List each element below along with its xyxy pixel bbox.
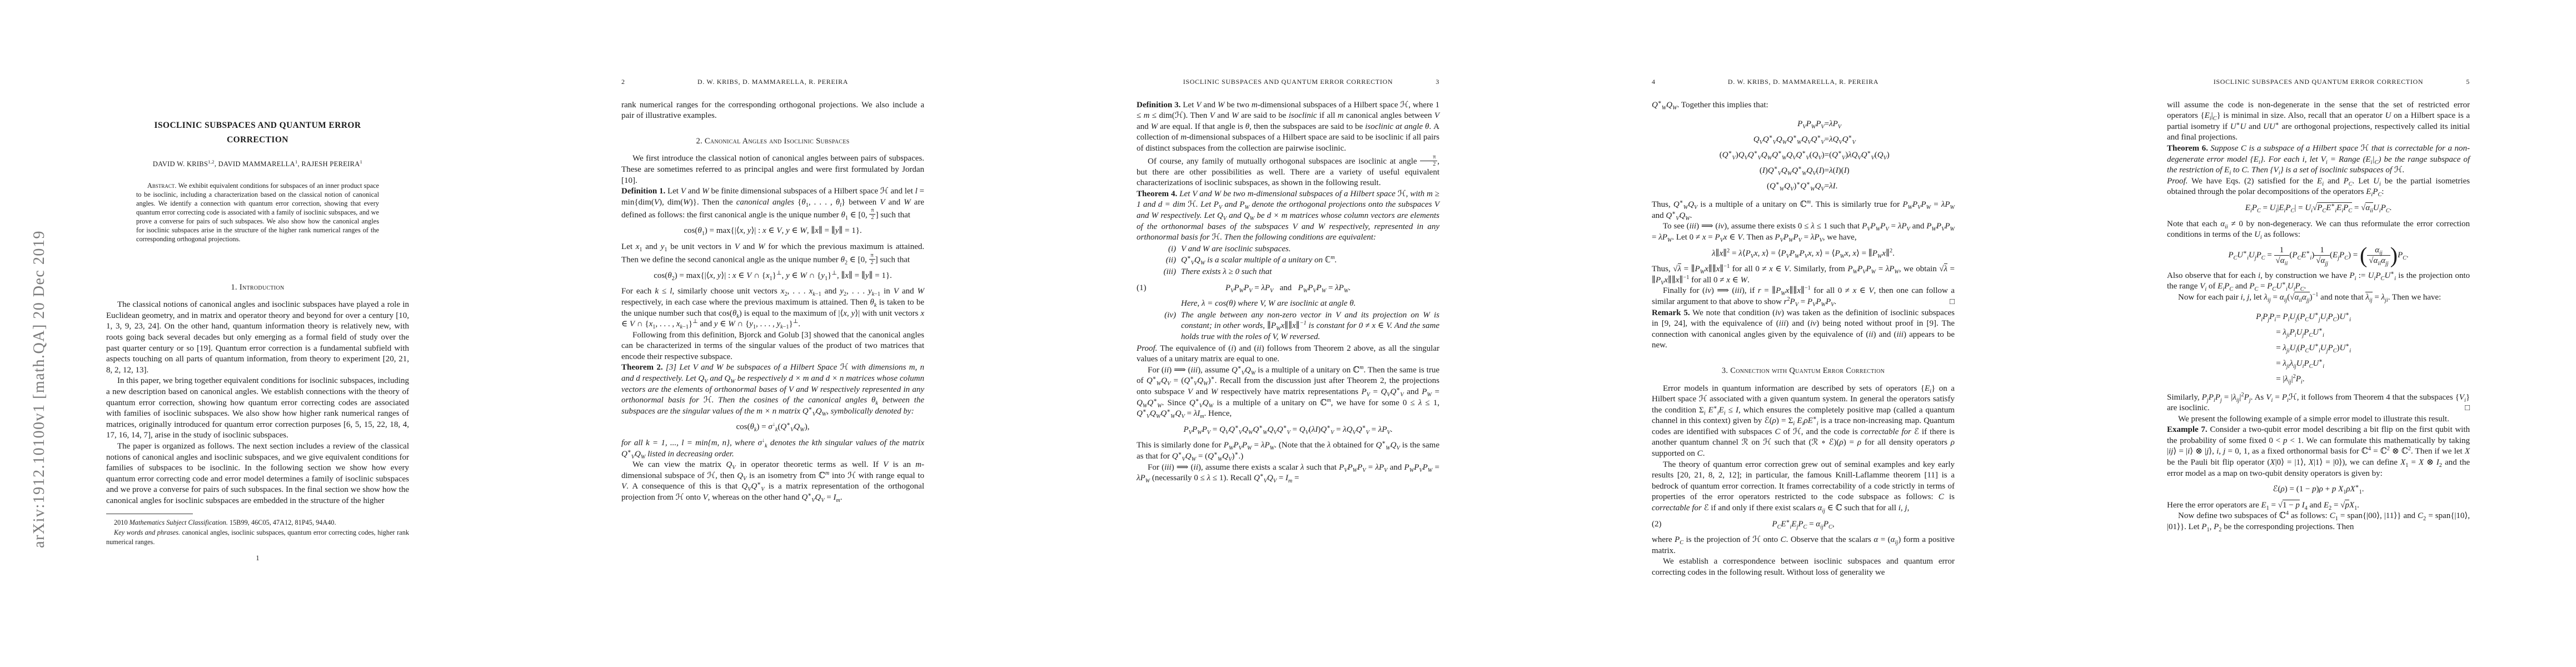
equation-lhs xyxy=(2167,340,2276,356)
theorem: Example 7. Consider a two-qubit error mo… xyxy=(2167,425,2470,479)
theorem: Definition 3. Let V and W be two m-dimen… xyxy=(1137,100,1439,155)
page-1-column: ISOCLINIC SUBSPACES AND QUANTUM ERRORCOR… xyxy=(106,118,409,564)
display-formula: cos(θ2) = max{|⟨x, y⟩| : x ∈ V ∩ {x1}⊥, … xyxy=(621,271,924,282)
footnote-rule xyxy=(106,514,193,514)
equation-rhs: =λ(I)(I) xyxy=(1825,163,1955,178)
paragraph: To see (iii) ⟹ (iv), assume there exists… xyxy=(1652,221,1955,243)
theorem-body: We note that condition (iv) was taken as… xyxy=(1652,308,1955,350)
aligned-equations: PiPjPi = PiUj(PCU∗jUiPC)U∗i= λjiPiUjPCU∗… xyxy=(2167,309,2470,387)
formula-content: λ∥x∥2 = λ⟨PVx, x⟩ = ⟨PVPWPVx, x⟩ = ⟨PWx,… xyxy=(1712,249,1895,258)
equation-lhs xyxy=(2167,371,2276,387)
running-header-title: ISOCLINIC SUBSPACES AND QUANTUM ERROR CO… xyxy=(2214,78,2424,86)
running-header: 2D. W. KRIBS, D. MAMMARELLA, R. PEREIRA xyxy=(621,77,924,88)
list-item-text: The angle between any non-zero vector in… xyxy=(1181,310,1439,343)
condition-list: (i)V and W are isoclinic subspaces.(ii)Q… xyxy=(1137,244,1439,278)
equation-row: PiPjPi = PiUj(PCU∗jUiPC)U∗i xyxy=(2167,309,2470,325)
equation-lhs: (Q∗V)QVQ∗VQWQ∗WQVQ∗V(QV) xyxy=(1652,147,1825,163)
proof: Proof. We have Eqs. (2) satisfied for th… xyxy=(2167,176,2470,198)
theorem-label: Theorem 2. xyxy=(621,363,663,372)
paragraph: rank numerical ranges for the correspond… xyxy=(621,100,924,122)
list-item: (ii)Q∗VQW is a scalar multiple of a unit… xyxy=(1137,255,1439,266)
page-5-column: 5ISOCLINIC SUBSPACES AND QUANTUM ERROR C… xyxy=(2167,77,2470,533)
display-formula: (2)PCE∗iEjPC = αijPC, xyxy=(1652,519,1955,530)
page-number-footer: 1 xyxy=(106,553,409,564)
paragraph: Also observe that for each i, by constru… xyxy=(2167,271,2470,292)
abstract: Abstract. We exhibit equivalent conditio… xyxy=(136,181,379,243)
running-header-page-number: 5 xyxy=(2466,77,2470,88)
equation-rhs: =(Q∗V)λQVQ∗V(QV) xyxy=(1825,147,1955,163)
paragraph: The paper is organized as follows. The n… xyxy=(106,441,409,507)
equation-number: (1) xyxy=(1137,283,1147,294)
paragraph: Similarly, PjPiPj = |λij|2Pj. As Vi = Pi… xyxy=(2167,392,2470,414)
theorem: Theorem 2. [3] Let V and W be subspaces … xyxy=(621,362,924,417)
equation-row: QVQ∗VQWQ∗WQVQ∗V =λQVQ∗V xyxy=(1652,132,1955,147)
equation-rhs: =λI. xyxy=(1825,178,1955,194)
display-formula: PVPWPV = QVQ∗VQWQ∗WQVQ∗V = QV(λI)Q∗V = λ… xyxy=(1137,425,1439,436)
theorem-label: Definition 1. xyxy=(621,187,665,196)
paper-title-line: CORRECTION xyxy=(106,133,409,147)
page-2: 2D. W. KRIBS, D. MAMMARELLA, R. PEREIRAr… xyxy=(515,0,1030,667)
paragraph: We present the following example of a si… xyxy=(2167,414,2470,425)
section-heading: 1. Introduction xyxy=(106,282,409,293)
list-item-text: Here, λ = cos(θ) where V, W are isoclini… xyxy=(1181,298,1439,310)
paragraph: Let x1 and y1 be unit vectors in V and W… xyxy=(621,242,924,266)
equation-rhs: =λPV xyxy=(1825,116,1955,132)
display-formula: cos(θk) = σ↓k(Q∗VQW), xyxy=(621,422,924,433)
equation-lhs xyxy=(2167,356,2276,371)
equation-row: = λjiPiUjPCU∗i xyxy=(2167,325,2470,340)
equation-rhs: = |λij|2Pi. xyxy=(2276,371,2470,387)
equation-rhs: = λjiλijUiPCU∗i xyxy=(2276,356,2470,371)
running-header-page-number: 2 xyxy=(621,77,625,88)
paragraph: Now define two subspaces of ℂ4 as follow… xyxy=(2167,511,2470,532)
footnote-line: 2010 Mathematics Subject Classification.… xyxy=(106,518,409,527)
paper-title: ISOCLINIC SUBSPACES AND QUANTUM ERRORCOR… xyxy=(106,118,409,147)
equation-lhs: (Q∗WQV)∗Q∗WQV xyxy=(1652,178,1825,194)
formula-content: ℰ(ρ) = (1 − p)ρ + p X1ρX∗1. xyxy=(2273,485,2364,494)
theorem-body: [3] Let V and W be subspaces of a Hilber… xyxy=(621,363,924,415)
proof-body: The equivalence of (i) and (ii) follows … xyxy=(1137,344,1439,364)
paragraph: In this paper, we bring together equival… xyxy=(106,376,409,441)
proof-body: We have Eqs. (2) satisfied for the Ei an… xyxy=(2167,177,2470,197)
page-3: 3ISOCLINIC SUBSPACES AND QUANTUM ERROR C… xyxy=(1030,0,1546,667)
authors-line: DAVID W. KRIBS1,2, DAVID MAMMARELLA1, RA… xyxy=(106,159,409,170)
running-header: 5ISOCLINIC SUBSPACES AND QUANTUM ERROR C… xyxy=(2167,77,2470,88)
paragraph: will assume the code is non-degenerate i… xyxy=(2167,100,2470,143)
page-4-column: 4D. W. KRIBS, D. MAMMARELLA, R. PEREIRAQ… xyxy=(1652,77,1955,579)
proof-label: Proof. xyxy=(2167,177,2188,186)
list-item-marker: (ii) xyxy=(1137,255,1181,266)
list-item-marker: (iii) xyxy=(1137,267,1181,278)
paragraph: Thus, Q∗WQV is a multiple of a unitary o… xyxy=(1652,200,1955,221)
equation-rhs: = λjiUi(PCU∗iUjPC)U∗i xyxy=(2276,340,2470,356)
paragraph: Note that each αii ≠ 0 by non-degeneracy… xyxy=(2167,219,2470,241)
theorem-label: Example 7. xyxy=(2167,425,2208,434)
list-item-text: V and W are isoclinic subspaces. xyxy=(1181,244,1439,255)
paragraph: The classical notions of canonical angle… xyxy=(106,300,409,376)
theorem-body: Let V and W be two m-dimensional subspac… xyxy=(1137,101,1439,153)
display-formula: λ∥x∥2 = λ⟨PVx, x⟩ = ⟨PVPWPVx, x⟩ = ⟨PWx,… xyxy=(1652,248,1955,260)
formula-content: EiPC = Ui|EiPC| = Ui√PCE∗iEiPC = √αiiUiP… xyxy=(2245,202,2392,212)
list-item-marker: (iv) xyxy=(1137,310,1181,343)
list-item: (iii)There exists λ ≥ 0 such that xyxy=(1137,267,1439,278)
formula-content: cos(θk) = σ↓k(Q∗VQW), xyxy=(736,422,809,431)
paragraph: Finally for (iv) ⟹ (iii), if r = ∥PWx∥∥x… xyxy=(1652,286,1955,307)
running-header-page-number: 3 xyxy=(1436,77,1439,88)
abstract-label: Abstract. xyxy=(147,182,176,190)
list-item-text: There exists λ ≥ 0 such that xyxy=(1181,267,1439,278)
equation-lhs xyxy=(2167,325,2276,340)
equation-row: = |λij|2Pi. xyxy=(2167,371,2470,387)
theorem: Theorem 6. Suppose C is a subspace of a … xyxy=(2167,143,2470,176)
theorem-body: Let V and W be finite dimensional subspa… xyxy=(621,187,924,220)
paragraph: for all k = 1, ..., l = min{m, n}, where… xyxy=(621,438,924,460)
paragraph: Thus, √λ = ∥PWx∥∥x∥−1 for all 0 ≠ x ∈ V.… xyxy=(1652,264,1955,286)
paragraph: Here the error operators are E1 = √1 − p… xyxy=(2167,500,2470,511)
theorem-body: Consider a two-qubit error model describ… xyxy=(2167,425,2470,477)
paragraph: where PC is the projection of ℋ onto C. … xyxy=(1652,535,1955,556)
paragraph: For each k ≤ l, similarly choose unit ve… xyxy=(621,286,924,330)
footnotes: 2010 Mathematics Subject Classification.… xyxy=(106,514,409,547)
equation-lhs: PiPjPi xyxy=(2167,309,2276,325)
abstract-text: We exhibit equivalent conditions for sub… xyxy=(136,182,379,243)
theorem-label: Theorem 6. xyxy=(2167,144,2208,153)
theorem-label: Theorem 4. xyxy=(1137,190,1177,198)
page-2-column: 2D. W. KRIBS, D. MAMMARELLA, R. PEREIRAr… xyxy=(621,77,924,504)
paragraph: Error models in quantum information are … xyxy=(1652,384,1955,460)
paragraph: We first introduce the classical notion … xyxy=(621,153,924,186)
display-formula: EiPC = Ui|EiPC| = Ui√PCE∗iEiPC = √αiiUiP… xyxy=(2167,203,2470,214)
formula-content: PCE∗iEjPC = αijPC, xyxy=(1772,520,1834,529)
theorem-label: Definition 3. xyxy=(1137,101,1180,109)
running-header-title: D. W. KRIBS, D. MAMMARELLA, R. PEREIRA xyxy=(697,78,848,86)
paragraph: We can view the matrix QV in operator th… xyxy=(621,460,924,503)
list-item-marker xyxy=(1137,298,1181,310)
running-header-title: ISOCLINIC SUBSPACES AND QUANTUM ERROR CO… xyxy=(1183,78,1393,86)
equation-row: = λjiλijUiPCU∗i xyxy=(2167,356,2470,371)
paragraph: For (ii) ⟹ (iii), assume Q∗VQW is a mult… xyxy=(1137,365,1439,420)
formula-content: PVPWPV = λPV and PWPVPW = λPW. xyxy=(1225,283,1351,292)
page-1: arXiv:1912.10100v1 [math.QA] 20 Dec 2019… xyxy=(0,0,515,667)
equation-row: = λjiUi(PCU∗iUjPC)U∗i xyxy=(2167,340,2470,356)
section-heading: 3. Connection with Quantum Error Correct… xyxy=(1652,366,1955,377)
equation-lhs: QVQ∗VQWQ∗WQVQ∗V xyxy=(1652,132,1825,147)
paragraph: The theory of quantum error correction g… xyxy=(1652,460,1955,514)
equation-row: (Q∗WQV)∗Q∗WQV =λI. xyxy=(1652,178,1955,194)
paragraph: Now for each pair i, j, let λij = αij(√α… xyxy=(2167,292,2470,303)
proof: Proof. The equivalence of (i) and (ii) f… xyxy=(1137,344,1439,365)
formula-content: cos(θ1) = max{|⟨x, y⟩| : x ∈ V, y ∈ W, ∥… xyxy=(684,226,861,235)
theorem-body: Suppose C is a subspace of a Hilbert spa… xyxy=(2167,144,2470,175)
equation-rhs: = λjiPiUjPCU∗i xyxy=(2276,325,2470,340)
theorem-body: Let V and W be two m-dimensional subspac… xyxy=(1137,190,1439,242)
list-item: Here, λ = cos(θ) where V, W are isoclini… xyxy=(1137,298,1439,310)
equation-row: PVPWPV =λPV xyxy=(1652,116,1955,132)
equation-row: (Q∗V)QVQ∗VQWQ∗WQVQ∗V(QV) =(Q∗V)λQVQ∗V(QV… xyxy=(1652,147,1955,163)
paragraph: This is similarly done for PWPVPW = λPW.… xyxy=(1137,440,1439,462)
paragraph: Q∗WQW. Together this implies that: xyxy=(1652,100,1955,111)
theorem: Remark 5. We note that condition (iv) wa… xyxy=(1652,308,1955,351)
formula-content: cos(θ2) = max{|⟨x, y⟩| : x ∈ V ∩ {x1}⊥, … xyxy=(654,271,892,280)
footnote-line: Key words and phrases. canonical angles,… xyxy=(106,528,409,547)
running-header: 3ISOCLINIC SUBSPACES AND QUANTUM ERROR C… xyxy=(1137,77,1439,88)
list-item: (i)V and W are isoclinic subspaces. xyxy=(1137,244,1439,255)
display-formula: cos(θ1) = max{|⟨x, y⟩| : x ∈ V, y ∈ W, ∥… xyxy=(621,226,924,237)
theorem: Definition 1. Let V and W be finite dime… xyxy=(621,186,924,221)
formula-content: PCU∗iUjPC = 1√αii(PCE∗i)1√αjj(EjPC) = (α… xyxy=(2228,251,2408,260)
section-heading: 2. Canonical Angles and Isoclinic Subspa… xyxy=(621,136,924,147)
equation-rhs: = PiUj(PCU∗jUiPC)U∗i xyxy=(2276,309,2470,325)
list-item: (iv)The angle between any non-zero vecto… xyxy=(1137,310,1439,343)
running-header-title: D. W. KRIBS, D. MAMMARELLA, R. PEREIRA xyxy=(1728,78,1879,86)
page-4: 4D. W. KRIBS, D. MAMMARELLA, R. PEREIRAQ… xyxy=(1546,0,2061,667)
aligned-equations: PVPWPV =λPVQVQ∗VQWQ∗WQVQ∗V =λQVQ∗V(Q∗V)Q… xyxy=(1652,116,1955,194)
equation-lhs: (I)Q∗VQWQ∗WQV(I) xyxy=(1652,163,1825,178)
display-formula: (1)PVPWPV = λPV and PWPVPW = λPW. xyxy=(1137,283,1439,294)
list-item-text: Q∗VQW is a scalar multiple of a unitary … xyxy=(1181,255,1439,266)
paper-title-line: ISOCLINIC SUBSPACES AND QUANTUM ERROR xyxy=(106,118,409,133)
equation-rhs: =λQVQ∗V xyxy=(1825,132,1955,147)
display-formula: ℰ(ρ) = (1 − p)ρ + p X1ρX∗1. xyxy=(2167,484,2470,495)
running-header: 4D. W. KRIBS, D. MAMMARELLA, R. PEREIRA xyxy=(1652,77,1955,88)
equation-row: (I)Q∗VQWQ∗WQV(I) =λ(I)(I) xyxy=(1652,163,1955,178)
paragraph: Of course, any family of mutually orthog… xyxy=(1137,155,1439,189)
page-3-column: 3ISOCLINIC SUBSPACES AND QUANTUM ERROR C… xyxy=(1137,77,1439,484)
theorem-label: Remark 5. xyxy=(1652,308,1690,317)
condition-list: Here, λ = cos(θ) where V, W are isoclini… xyxy=(1137,298,1439,342)
formula-content: PVPWPV = QVQ∗VQWQ∗WQVQ∗V = QV(λI)Q∗V = λ… xyxy=(1183,425,1392,434)
theorem: Theorem 4. Let V and W be two m-dimensio… xyxy=(1137,189,1439,243)
display-formula: PCU∗iUjPC = 1√αii(PCE∗i)1√αjj(EjPC) = (α… xyxy=(2167,246,2470,266)
running-header-page-number: 4 xyxy=(1652,77,1656,88)
list-item-marker: (i) xyxy=(1137,244,1181,255)
equation-number: (2) xyxy=(1652,519,1662,530)
paragraph: We establish a correspondence between is… xyxy=(1652,556,1955,578)
arxiv-watermark: arXiv:1912.10100v1 [math.QA] 20 Dec 2019 xyxy=(31,230,48,548)
page-5: 5ISOCLINIC SUBSPACES AND QUANTUM ERROR C… xyxy=(2061,0,2576,667)
proof-label: Proof. xyxy=(1137,344,1157,353)
paragraph: Following from this definition, Bjorck a… xyxy=(621,330,924,363)
equation-lhs: PVPWPV xyxy=(1652,116,1825,132)
paragraph: For (iii) ⟹ (ii), assume there exists a … xyxy=(1137,462,1439,484)
